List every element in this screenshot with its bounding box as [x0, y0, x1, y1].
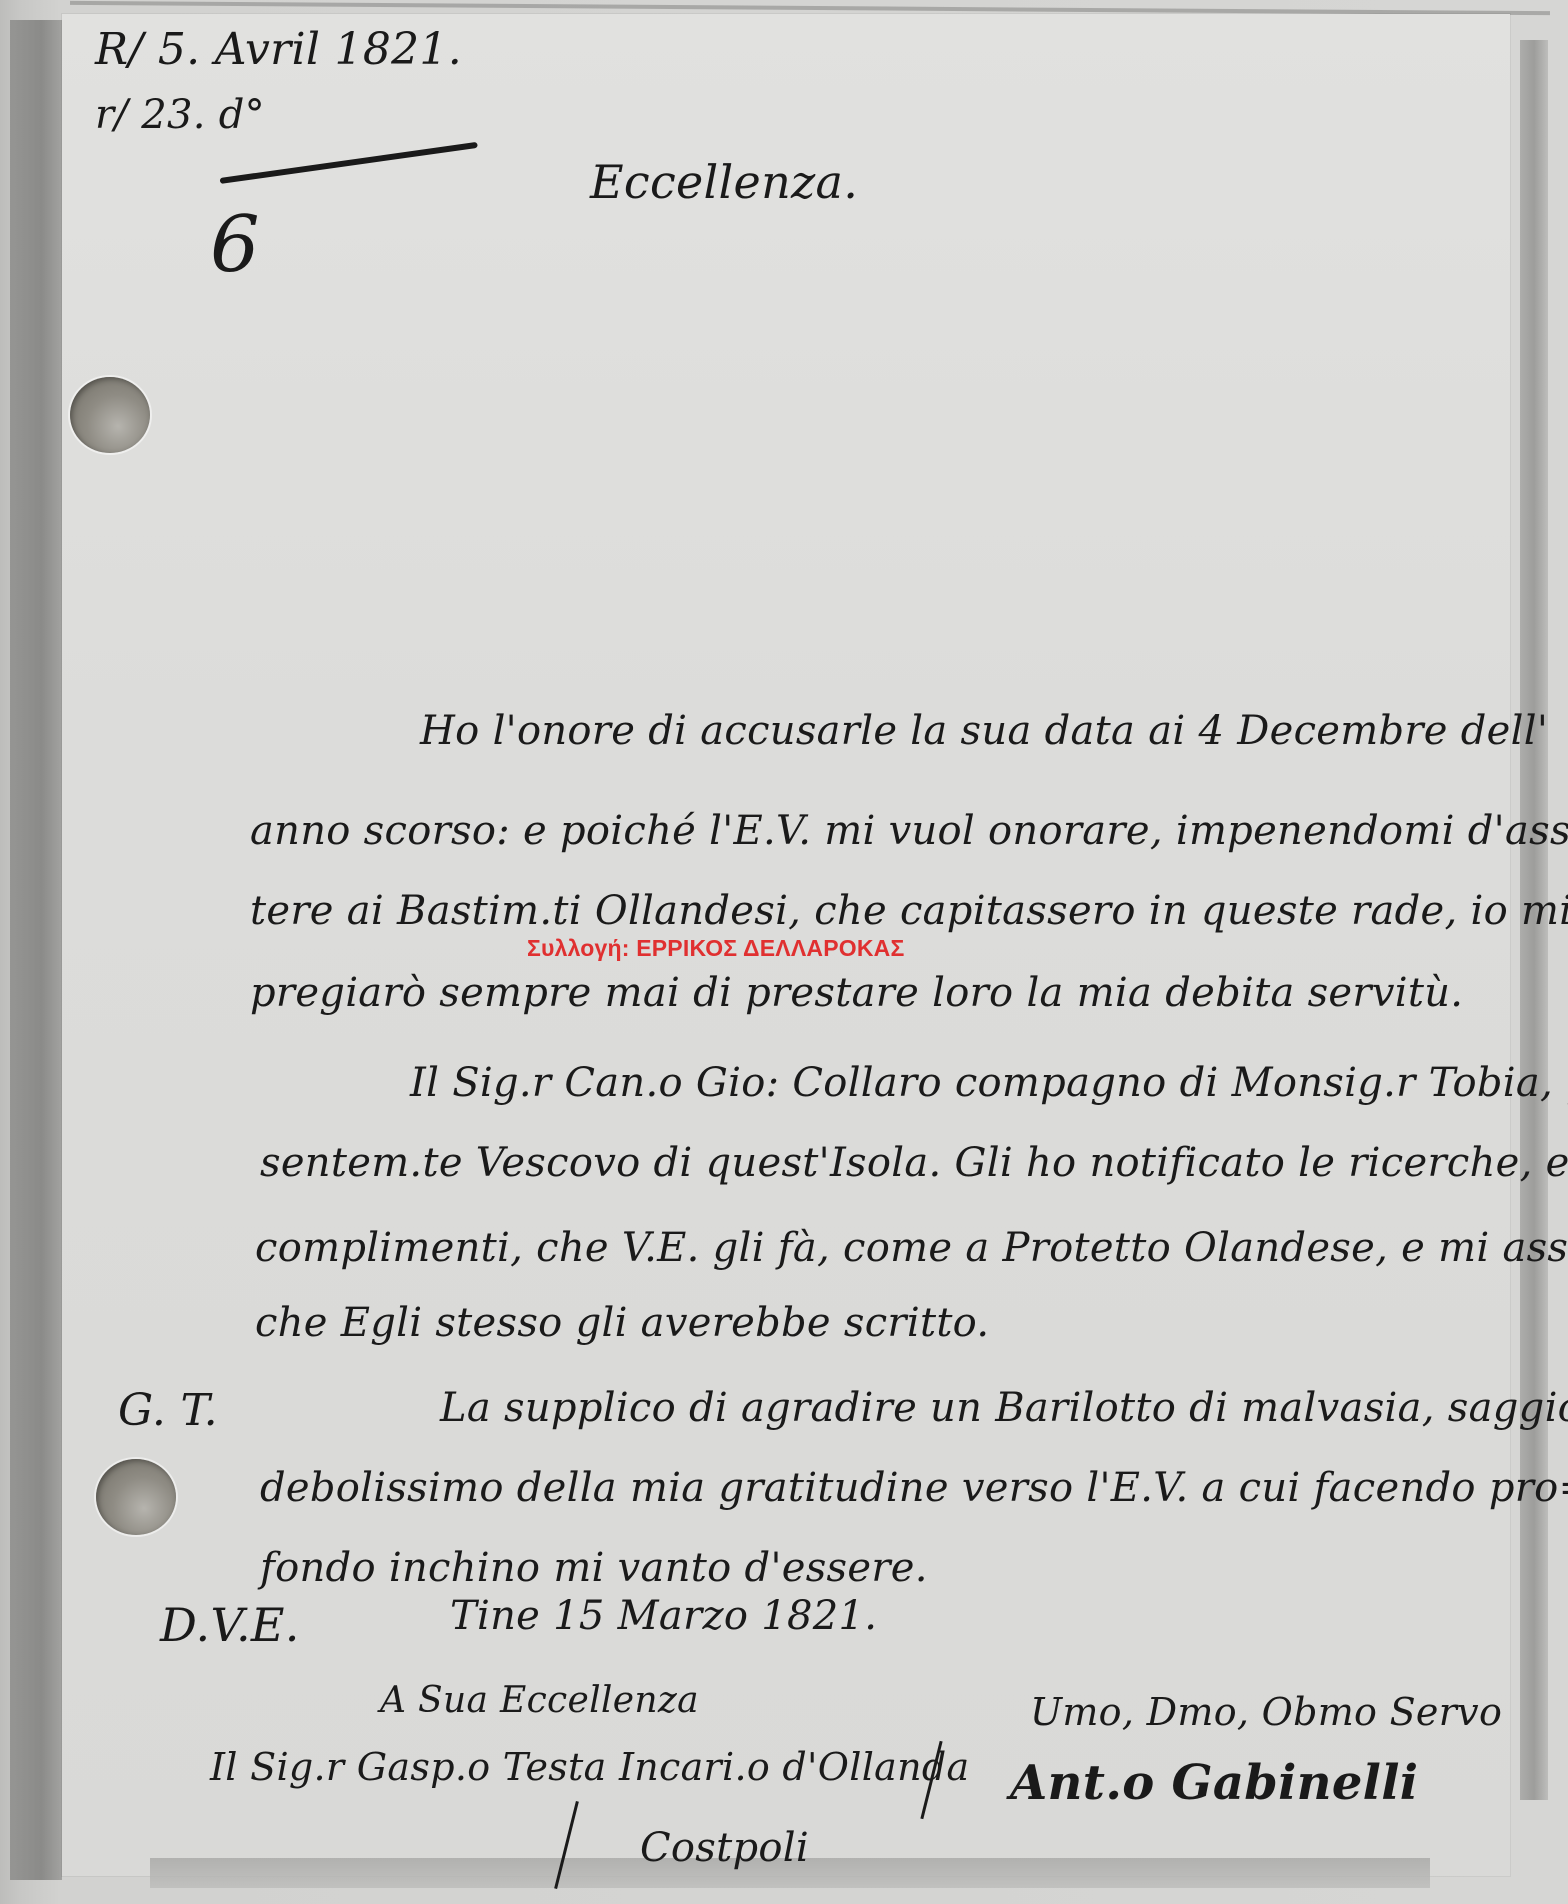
body-line: che Egli stesso gli averebbe scritto.: [255, 1300, 989, 1346]
body-line: Il Sig.r Can.o Gio: Collaro compagno di …: [410, 1060, 1568, 1106]
place-and-date: Tine 15 Marzo 1821.: [450, 1593, 877, 1639]
body-line: pregiarò sempre mai di prestare loro la …: [250, 970, 1463, 1016]
closing-abbreviation: D.V.E.: [160, 1598, 300, 1652]
punch-hole-icon: [70, 377, 150, 453]
binder-strip: [10, 20, 62, 1880]
body-line: Ho l'onore di accusarle la sua data ai 4…: [420, 708, 1548, 754]
address-line-3: Costpoli: [640, 1825, 809, 1871]
collection-watermark: Συλλογή: ΕΡΡΙΚΟΣ ΔΕΛΛΑΡΟΚΑΣ: [527, 935, 904, 962]
body-line: debolissimo della mia gratitudine verso …: [260, 1465, 1568, 1511]
body-line: tere ai Bastim.ti Ollandesi, che capitas…: [250, 888, 1568, 934]
punch-hole-icon: [96, 1459, 176, 1535]
salutation: Eccellenza.: [590, 155, 858, 209]
received-date-note: R/ 5. Avril 1821.: [95, 24, 462, 75]
body-line: La supplico di agradire un Barilotto di …: [440, 1385, 1568, 1431]
body-line: complimenti, che V.E. gli fà, come a Pro…: [255, 1225, 1568, 1271]
address-line-1: A Sua Eccellenza: [380, 1680, 699, 1721]
signature-title: Umo, Dmo, Obmo Servo: [1030, 1690, 1502, 1734]
body-line: sentem.te Vescovo di quest'Isola. Gli ho…: [260, 1140, 1568, 1186]
address-line-2: Il Sig.r Gasp.o Testa Incari.o d'Ollanda: [210, 1745, 969, 1789]
body-line: fondo inchino mi vanto d'essere.: [260, 1545, 928, 1591]
letter-number: 6: [210, 200, 260, 290]
signature-name: Ant.o Gabinelli: [1010, 1755, 1418, 1811]
margin-initials: G. T.: [118, 1385, 218, 1436]
replied-date-note: r/ 23. d°: [95, 92, 265, 138]
body-line: anno scorso: e poiché l'E.V. mi vuol ono…: [250, 808, 1568, 854]
